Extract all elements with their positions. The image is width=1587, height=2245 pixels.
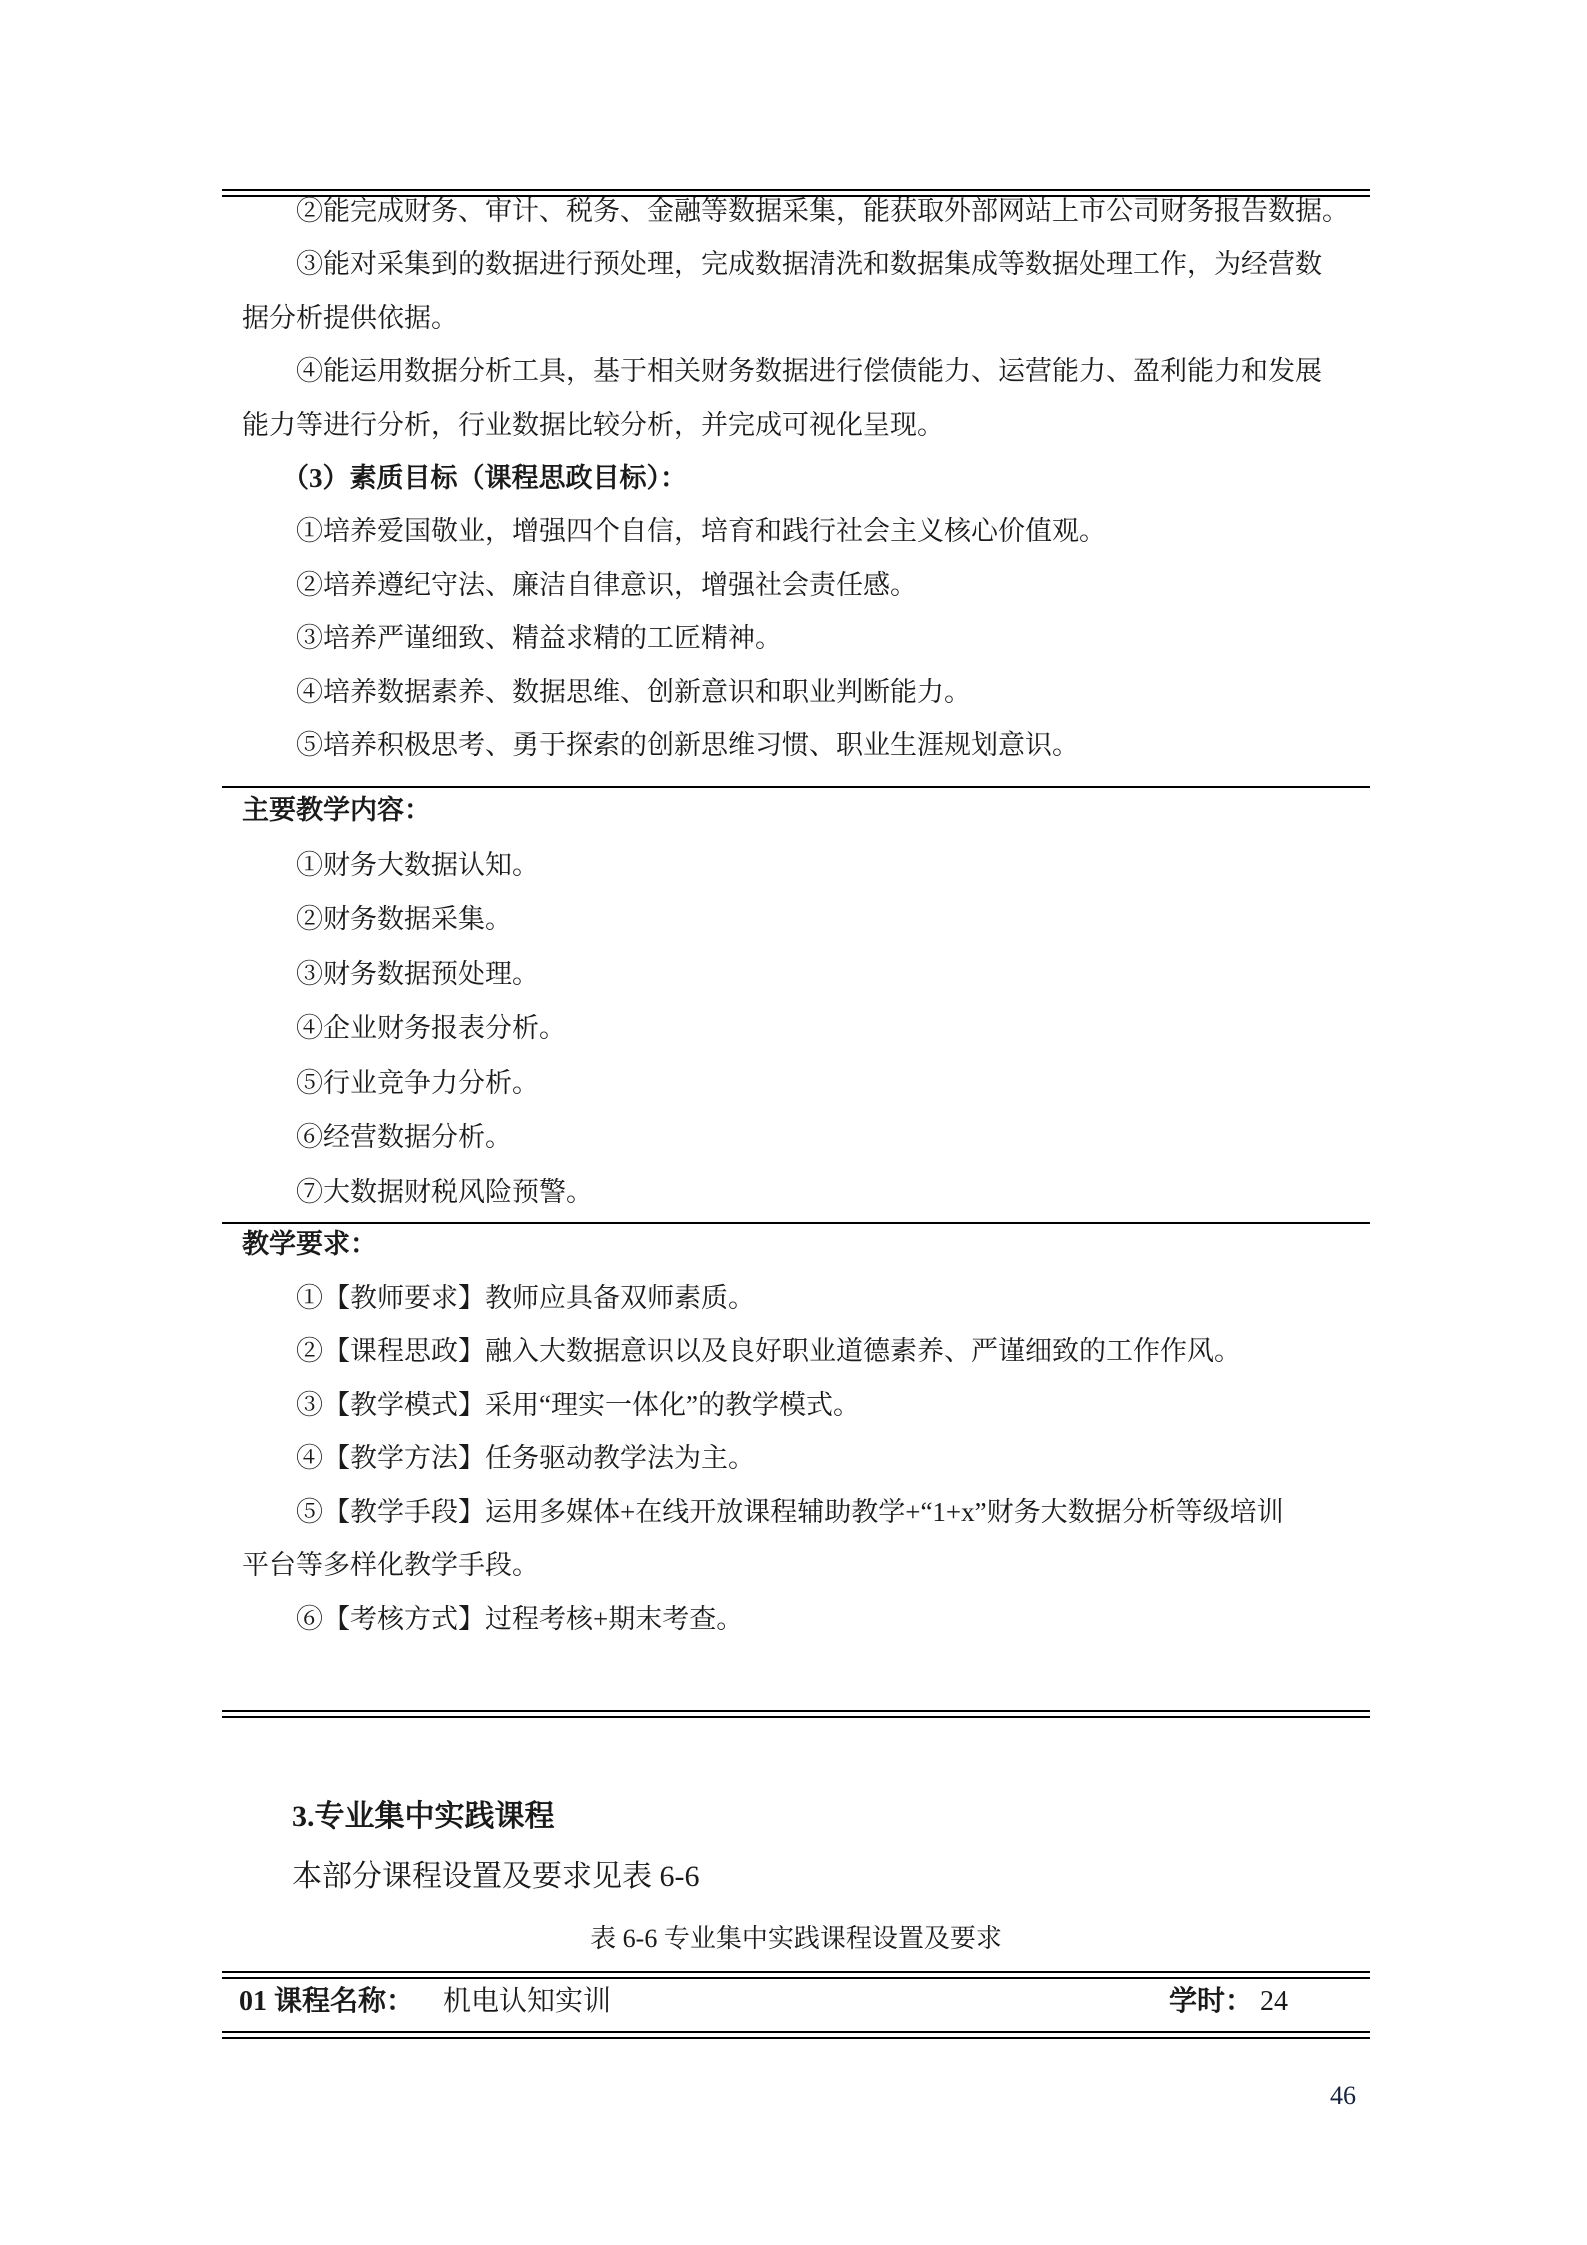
list-item: ①财务大数据认知。: [222, 838, 1370, 893]
table-bottom-border: [222, 1710, 1370, 1718]
course-name-label: 课程名称：: [274, 1986, 414, 2017]
list-item: ⑥经营数据分析。: [222, 1110, 1370, 1165]
hours-value: 24: [1260, 1986, 1288, 2017]
body-line: ②能完成财务、审计、税务、金融等数据采集，能获取外部网站上市公司财务报告数据。: [222, 185, 1370, 238]
objectives-continued-row: ②能完成财务、审计、税务、金融等数据采集，能获取外部网站上市公司财务报告数据。 …: [222, 185, 1370, 772]
teaching-requirements-row: 教学要求： ①【教师要求】教师应具备双师素质。 ②【课程思政】融入大数据意识以及…: [222, 1218, 1370, 1646]
list-item: ①【教师要求】教师应具备双师素质。: [222, 1272, 1370, 1326]
row-number: 01: [239, 1986, 267, 2017]
list-item: ④培养数据素养、数据思维、创新意识和职业判断能力。: [222, 666, 1370, 719]
page-number: 46: [1330, 2080, 1356, 2112]
teaching-content-row: 主要教学内容： ①财务大数据认知。 ②财务数据采集。 ③财务数据预处理。 ④企业…: [222, 783, 1370, 1219]
teaching-requirements-heading: 教学要求：: [222, 1218, 1370, 1272]
body-line: 平台等多样化教学手段。: [222, 1539, 1370, 1593]
list-item: ⑤【教学手段】运用多媒体+在线开放课程辅助教学+“1+x”财务大数据分析等级培训: [222, 1486, 1370, 1540]
course-name-cell: 01 课程名称： 机电认知实训: [222, 1979, 611, 2019]
list-item: ①培养爱国敬业，增强四个自信，培育和践行社会主义核心价值观。: [222, 505, 1370, 558]
list-item: ⑤培养积极思考、勇于探索的创新思维习惯、职业生涯规划意识。: [222, 719, 1370, 772]
table-row: 01 课程名称： 机电认知实训 学时： 24: [222, 1972, 1370, 2026]
hours-cell: 学时： 24: [1169, 1979, 1370, 2019]
document-page: ②能完成财务、审计、税务、金融等数据采集，能获取外部网站上市公司财务报告数据。 …: [0, 0, 1587, 2245]
list-item: ⑤行业竞争力分析。: [222, 1056, 1370, 1111]
hours-label: 学时：: [1169, 1986, 1253, 2017]
list-item: ③【教学模式】采用“理实一体化”的教学模式。: [222, 1379, 1370, 1433]
list-item: ⑦大数据财税风险预警。: [222, 1165, 1370, 1220]
table-6-6-bottom-border: [222, 2031, 1370, 2039]
list-item: ②培养遵纪守法、廉洁自律意识，增强社会责任感。: [222, 559, 1370, 612]
body-line: ③能对采集到的数据进行预处理，完成数据清洗和数据集成等数据处理工作，为经营数: [222, 238, 1370, 291]
body-line: ④能运用数据分析工具，基于相关财务数据进行偿债能力、运营能力、盈利能力和发展: [222, 345, 1370, 398]
list-item: ②【课程思政】融入大数据意识以及良好职业道德素养、严谨细致的工作作风。: [222, 1325, 1370, 1379]
list-item: ③财务数据预处理。: [222, 947, 1370, 1002]
list-item: ④企业财务报表分析。: [222, 1001, 1370, 1056]
body-line: 据分析提供依据。: [222, 292, 1370, 345]
list-item: ④【教学方法】任务驱动教学法为主。: [222, 1432, 1370, 1486]
course-name-value: 机电认知实训: [443, 1986, 611, 2017]
table-6-6-caption: 表 6-6 专业集中实践课程设置及要求: [222, 1922, 1370, 1956]
quality-objectives-heading: （3）素质目标（课程思政目标）：: [222, 452, 1370, 505]
section-heading: 3.专业集中实践课程: [292, 1797, 555, 1837]
list-item: ②财务数据采集。: [222, 892, 1370, 947]
teaching-content-heading: 主要教学内容：: [222, 783, 1370, 838]
list-item: ⑥【考核方式】过程考核+期末考查。: [222, 1593, 1370, 1647]
list-item: ③培养严谨细致、精益求精的工匠精神。: [222, 612, 1370, 665]
section-intro: 本部分课程设置及要求见表 6-6: [292, 1857, 700, 1897]
body-line: 能力等进行分析，行业数据比较分析，并完成可视化呈现。: [222, 399, 1370, 452]
